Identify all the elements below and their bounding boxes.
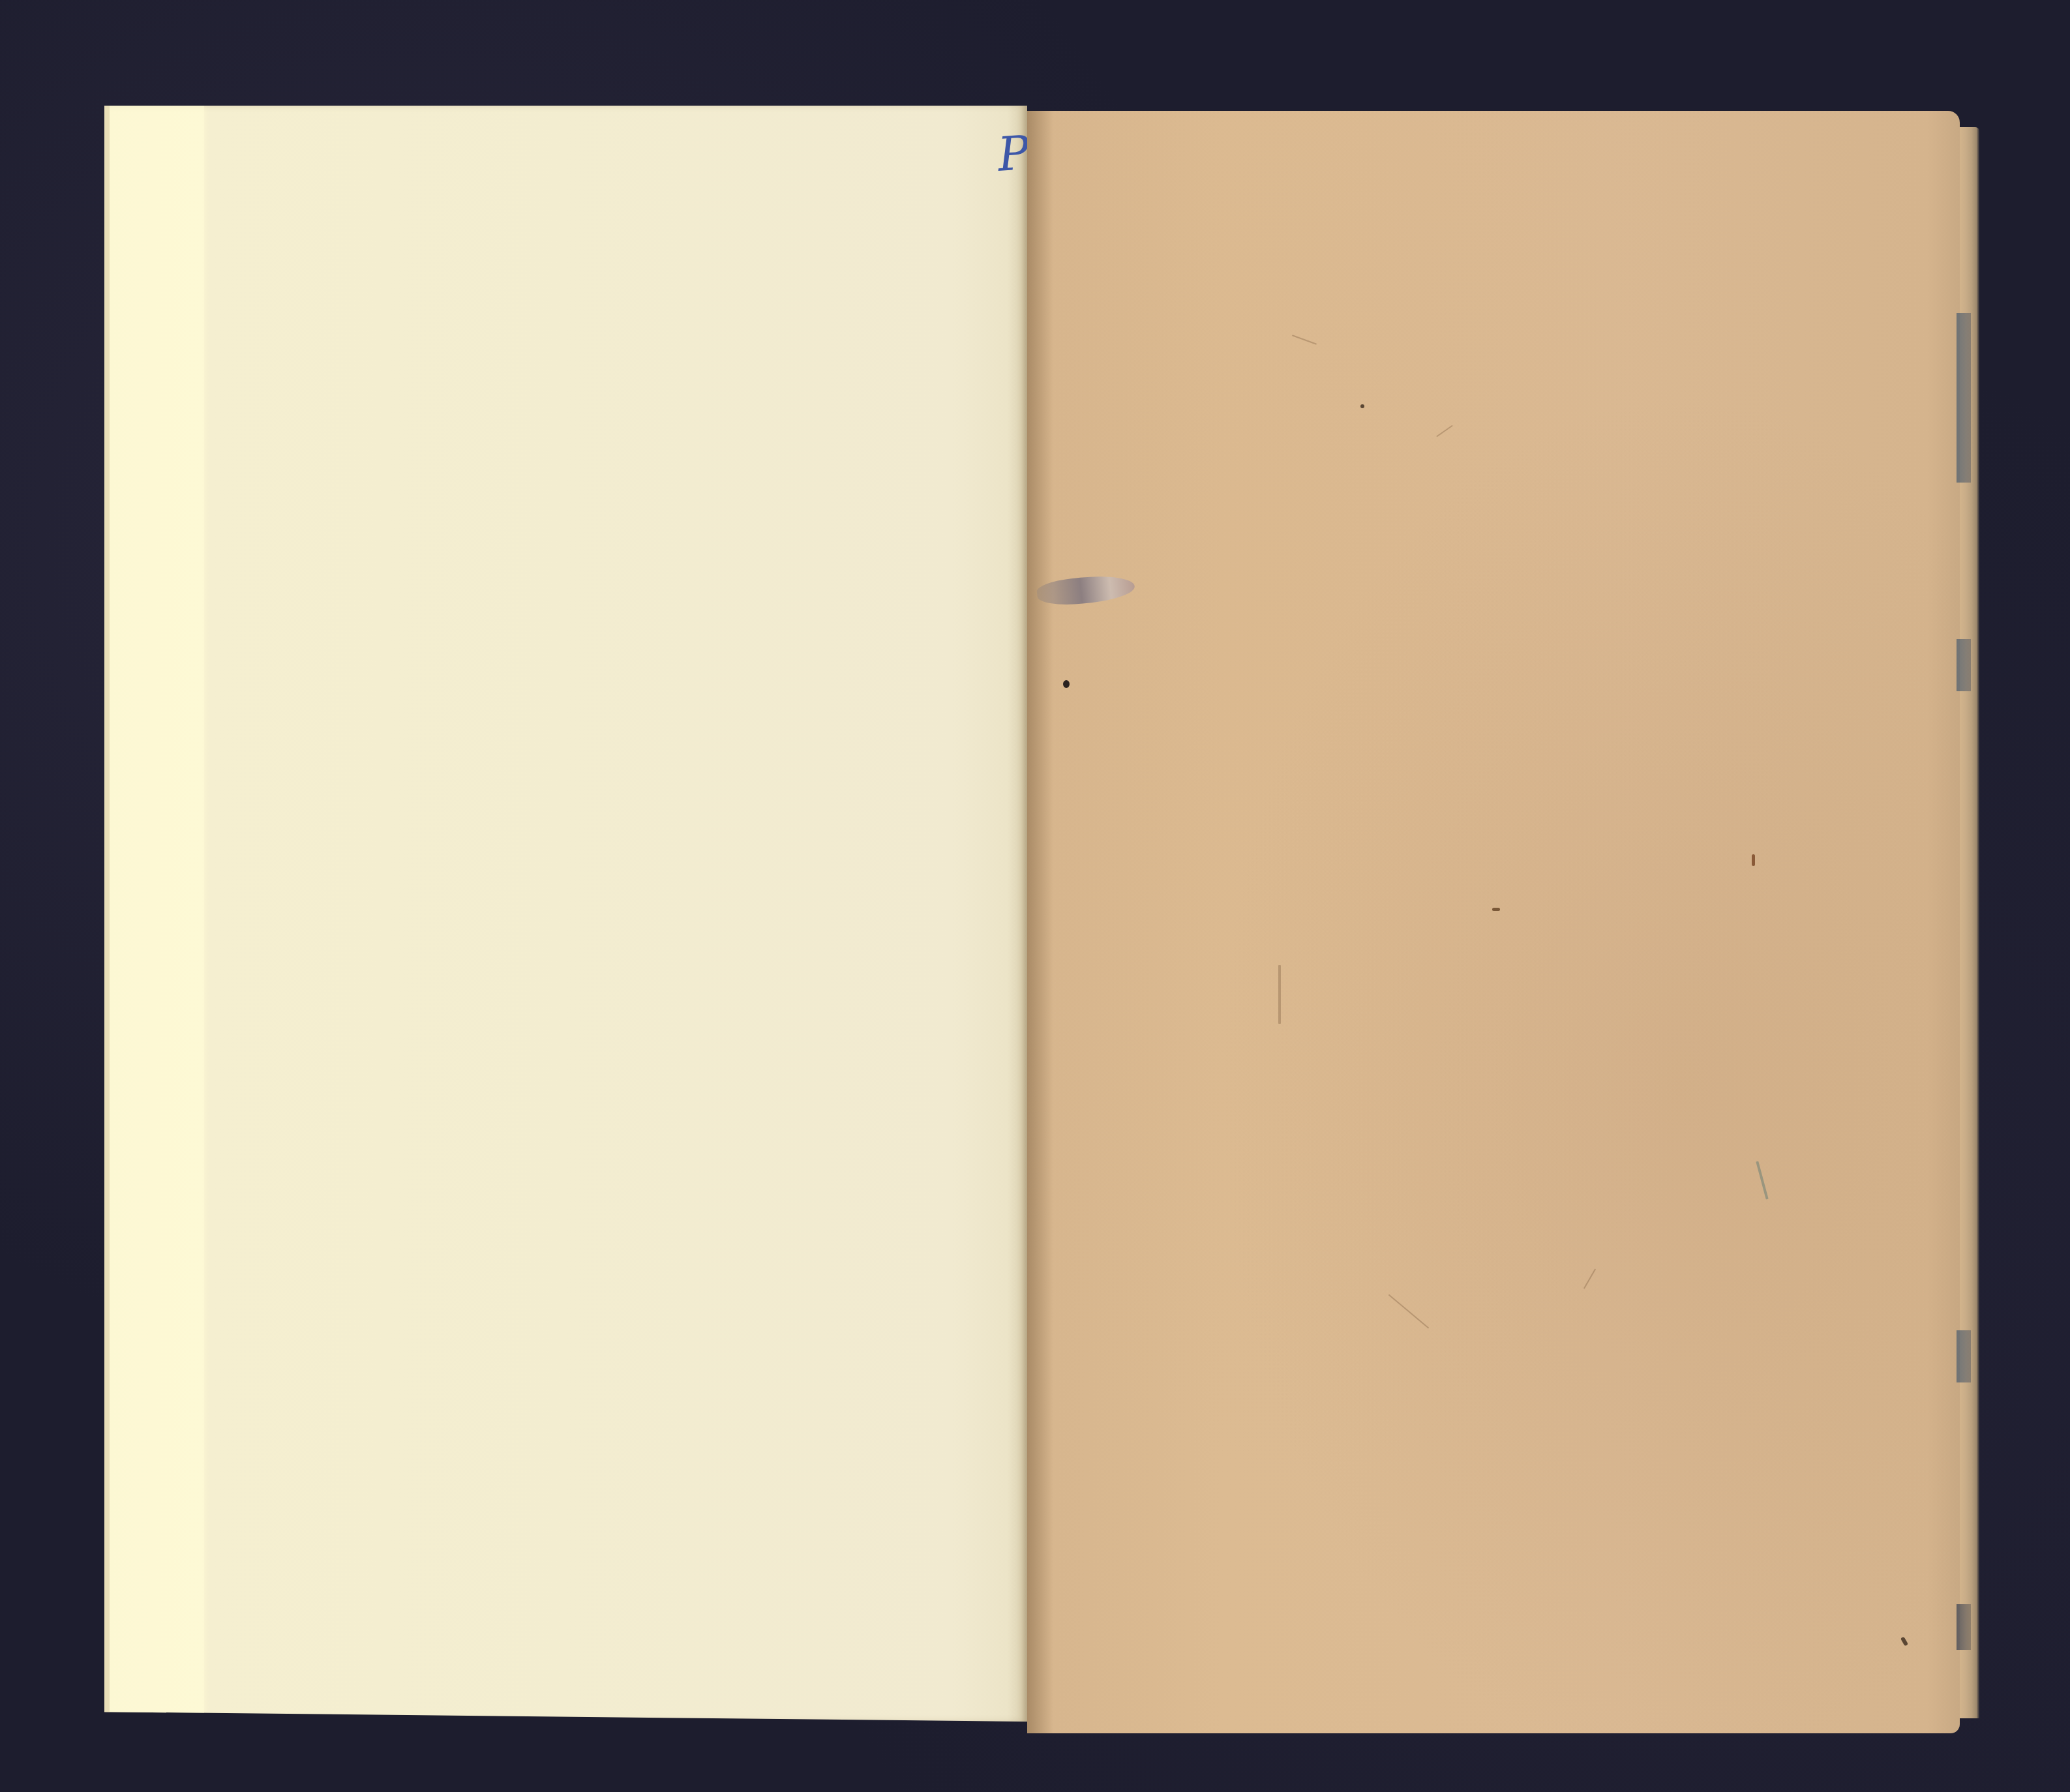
paper-speck xyxy=(1492,908,1500,911)
page-edge-discoloration xyxy=(1957,1604,1971,1650)
page-edge-discoloration xyxy=(1957,639,1971,691)
right-page-gutter-shadow xyxy=(1027,111,1053,1733)
paper-fiber xyxy=(1278,965,1281,1024)
left-page-gutter-fold xyxy=(1008,106,1027,1722)
left-page-margin-strip xyxy=(110,106,204,1722)
page-edge-discoloration xyxy=(1957,1330,1971,1382)
left-page xyxy=(104,106,1027,1722)
page-edge-discoloration xyxy=(1957,313,1971,483)
right-page xyxy=(1027,111,1960,1733)
ink-spot xyxy=(1063,680,1070,688)
left-page-edge xyxy=(104,106,110,1722)
paper-speck xyxy=(1360,404,1364,408)
paper-speck xyxy=(1752,854,1755,866)
open-book: P xyxy=(0,0,2070,1792)
